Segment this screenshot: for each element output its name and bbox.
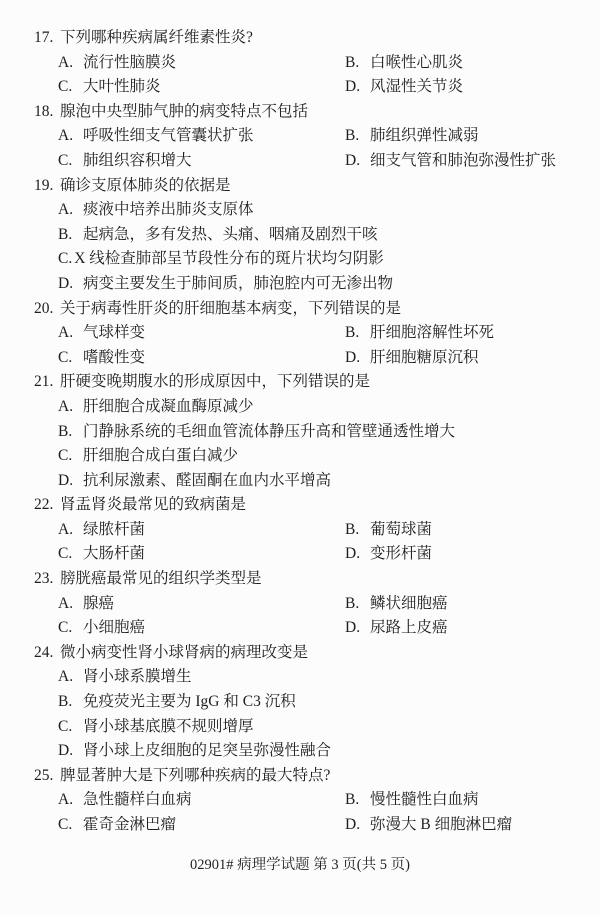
question-text: 肝硬变晚期腹水的形成原因中，下列错误的是 — [60, 373, 370, 390]
option: C.小细胞癌 — [58, 616, 145, 641]
option-label: D. — [345, 813, 370, 838]
option-label: C. — [58, 616, 83, 641]
option-label: D. — [345, 616, 370, 641]
option-text: 起病急，多有发热、头痛、咽痛及剧烈干咳 — [83, 226, 378, 243]
option-row: B.门静脉系统的毛细血管流体静压升高和管壁通透性增大 — [0, 420, 600, 445]
option: C.肺组织容积增大 — [58, 149, 192, 174]
page-footer: 02901# 病理学试题 第 3 页(共 5 页) — [0, 853, 600, 877]
option-text: 痰液中培养出肺炎支原体 — [83, 201, 254, 218]
option-text: 鳞状细胞癌 — [370, 595, 448, 612]
option-row: A.痰液中培养出肺炎支原体 — [0, 198, 600, 223]
option-text: 霍奇金淋巴瘤 — [83, 816, 176, 833]
option-label: A. — [58, 518, 83, 543]
question-number: 22. — [34, 493, 60, 518]
option: B.鳞状细胞癌 — [345, 592, 448, 617]
question-text: 微小病变性肾小球肾病的病理改变是 — [60, 644, 308, 661]
option: D.抗利尿激素、醛固酮在血内水平增高 — [58, 469, 331, 494]
question: 17.下列哪种疾病属纤维素性炎?A.流行性脑膜炎B.白喉性心肌炎C.大叶性肺炎D… — [0, 26, 600, 100]
question-number: 18. — [34, 100, 60, 125]
question-number: 17. — [34, 26, 60, 51]
question-stem-line: 20.关于病毒性肝炎的肝细胞基本病变，下列错误的是 — [0, 297, 600, 322]
option-label: A. — [58, 198, 83, 223]
option: A.气球样变 — [58, 321, 145, 346]
question-number: 25. — [34, 764, 60, 789]
option-text: 变形杆菌 — [370, 545, 432, 562]
option: D.病变主要发生于肺间质，肺泡腔内可无渗出物 — [58, 272, 393, 297]
option-row: A.肾小球系膜增生 — [0, 665, 600, 690]
option-text: 肾小球上皮细胞的足突呈弥漫性融合 — [83, 742, 331, 759]
option-text: 免疫荧光主要为 IgG 和 C3 沉积 — [83, 693, 296, 710]
option: C.肝细胞合成白蛋白减少 — [58, 444, 238, 469]
option-label: C. — [58, 813, 83, 838]
option-label: C. — [58, 444, 83, 469]
question: 18.腺泡中央型肺气肿的病变特点不包括A.呼吸性细支气管囊状扩张B.肺组织弹性减… — [0, 100, 600, 174]
option-text: 抗利尿激素、醛固酮在血内水平增高 — [83, 472, 331, 489]
option-row: A.气球样变B.肝细胞溶解性坏死 — [0, 321, 600, 346]
option-text: 呼吸性细支气管囊状扩张 — [83, 127, 254, 144]
option-row: C.大肠杆菌D.变形杆菌 — [0, 542, 600, 567]
option-label: D. — [58, 739, 83, 764]
question: 24.微小病变性肾小球肾病的病理改变是A.肾小球系膜增生B.免疫荧光主要为 Ig… — [0, 641, 600, 764]
option-text: 肝细胞合成凝血酶原减少 — [83, 398, 254, 415]
question: 23.膀胱癌最常见的组织学类型是A.腺癌B.鳞状细胞癌C.小细胞癌D.尿路上皮癌 — [0, 567, 600, 641]
option-text: 腺癌 — [83, 595, 114, 612]
option-text: 弥漫大 B 细胞淋巴瘤 — [370, 816, 512, 833]
option: C.肾小球基底膜不规则增厚 — [58, 715, 254, 740]
option: A.绿脓杆菌 — [58, 518, 145, 543]
option: A.肾小球系膜增生 — [58, 665, 192, 690]
option-row: A.呼吸性细支气管囊状扩张B.肺组织弹性减弱 — [0, 124, 600, 149]
option: B.门静脉系统的毛细血管流体静压升高和管壁通透性增大 — [58, 420, 455, 445]
question-number: 24. — [34, 641, 60, 666]
question-text: 肾盂肾炎最常见的致病菌是 — [60, 496, 246, 513]
option: D.肝细胞糖原沉积 — [345, 346, 479, 371]
option-row: C.肺组织容积增大D.细支气管和肺泡弥漫性扩张 — [0, 149, 600, 174]
option-label: C. — [58, 247, 72, 272]
question-stem-line: 18.腺泡中央型肺气肿的病变特点不包括 — [0, 100, 600, 125]
question-text: 腺泡中央型肺气肿的病变特点不包括 — [60, 103, 308, 120]
option-row: D.肾小球上皮细胞的足突呈弥漫性融合 — [0, 739, 600, 764]
question-stem-line: 25.脾显著肿大是下列哪种疾病的最大特点? — [0, 764, 600, 789]
option-text: 肺组织弹性减弱 — [370, 127, 479, 144]
option-label: B. — [345, 788, 370, 813]
question-stem-line: 24.微小病变性肾小球肾病的病理改变是 — [0, 641, 600, 666]
question: 22.肾盂肾炎最常见的致病菌是A.绿脓杆菌B.葡萄球菌C.大肠杆菌D.变形杆菌 — [0, 493, 600, 567]
option-row: A.流行性脑膜炎B.白喉性心肌炎 — [0, 51, 600, 76]
option-row: A.急性髓样白血病B.慢性髓性白血病 — [0, 788, 600, 813]
option-label: A. — [58, 788, 83, 813]
option-text: 尿路上皮癌 — [370, 619, 448, 636]
option-row: C.嗜酸性变D.肝细胞糖原沉积 — [0, 346, 600, 371]
question-stem-line: 17.下列哪种疾病属纤维素性炎? — [0, 26, 600, 51]
option-label: B. — [345, 124, 370, 149]
question-text: 膀胱癌最常见的组织学类型是 — [60, 570, 262, 587]
question-number: 21. — [34, 370, 60, 395]
option-row: D.抗利尿激素、醛固酮在血内水平增高 — [0, 469, 600, 494]
option: C.嗜酸性变 — [58, 346, 145, 371]
option: B.葡萄球菌 — [345, 518, 432, 543]
question: 19.确诊支原体肺炎的依据是A.痰液中培养出肺炎支原体B.起病急，多有发热、头痛… — [0, 174, 600, 297]
option: A.肝细胞合成凝血酶原减少 — [58, 395, 254, 420]
option: C.霍奇金淋巴瘤 — [58, 813, 176, 838]
question-text: 脾显著肿大是下列哪种疾病的最大特点? — [60, 767, 330, 784]
option-text: 肾小球系膜增生 — [83, 668, 192, 685]
option-label: A. — [58, 665, 83, 690]
option-text: 病变主要发生于肺间质，肺泡腔内可无渗出物 — [83, 275, 393, 292]
option-text: 小细胞癌 — [83, 619, 145, 636]
option-text: 肝细胞糖原沉积 — [370, 349, 479, 366]
option: C.大叶性肺炎 — [58, 75, 161, 100]
option-label: A. — [58, 592, 83, 617]
question-stem-line: 22.肾盂肾炎最常见的致病菌是 — [0, 493, 600, 518]
option-text: 流行性脑膜炎 — [83, 54, 176, 71]
question-text: 关于病毒性肝炎的肝细胞基本病变，下列错误的是 — [60, 300, 401, 317]
option-text: 肝细胞合成白蛋白减少 — [83, 447, 238, 464]
option-label: B. — [58, 223, 83, 248]
option-text: 气球样变 — [83, 324, 145, 341]
option: B.肝细胞溶解性坏死 — [345, 321, 494, 346]
option: B.肺组织弹性减弱 — [345, 124, 479, 149]
option: B.免疫荧光主要为 IgG 和 C3 沉积 — [58, 690, 296, 715]
option-row: B.免疫荧光主要为 IgG 和 C3 沉积 — [0, 690, 600, 715]
option-text: 肺组织容积增大 — [83, 152, 192, 169]
option-row: C.小细胞癌D.尿路上皮癌 — [0, 616, 600, 641]
option: A.流行性脑膜炎 — [58, 51, 176, 76]
option-text: 葡萄球菌 — [370, 521, 432, 538]
option-label: C. — [58, 75, 83, 100]
option-text: 大叶性肺炎 — [83, 78, 161, 95]
option-row: C.X 线检查肺部呈节段性分布的斑片状均匀阴影 — [0, 247, 600, 272]
option: D.肾小球上皮细胞的足突呈弥漫性融合 — [58, 739, 331, 764]
option-row: A.绿脓杆菌B.葡萄球菌 — [0, 518, 600, 543]
question-number: 23. — [34, 567, 60, 592]
question-number: 20. — [34, 297, 60, 322]
option-text: 白喉性心肌炎 — [370, 54, 463, 71]
option-text: 风湿性关节炎 — [370, 78, 463, 95]
question-text: 确诊支原体肺炎的依据是 — [60, 177, 231, 194]
option-row: C.肝细胞合成白蛋白减少 — [0, 444, 600, 469]
option-text: 嗜酸性变 — [83, 349, 145, 366]
question-list: 17.下列哪种疾病属纤维素性炎?A.流行性脑膜炎B.白喉性心肌炎C.大叶性肺炎D… — [0, 26, 600, 838]
option-label: B. — [345, 321, 370, 346]
option: D.风湿性关节炎 — [345, 75, 463, 100]
option-label: C. — [58, 149, 83, 174]
option-label: B. — [345, 592, 370, 617]
option-text: 门静脉系统的毛细血管流体静压升高和管壁通透性增大 — [83, 423, 455, 440]
option: B.起病急，多有发热、头痛、咽痛及剧烈干咳 — [58, 223, 378, 248]
option: D.细支气管和肺泡弥漫性扩张 — [345, 149, 556, 174]
option-label: D. — [345, 542, 370, 567]
option-label: B. — [58, 690, 83, 715]
option-text: 肾小球基底膜不规则增厚 — [83, 718, 254, 735]
exam-page: 17.下列哪种疾病属纤维素性炎?A.流行性脑膜炎B.白喉性心肌炎C.大叶性肺炎D… — [0, 0, 600, 916]
option-label: A. — [58, 124, 83, 149]
option-text: 肝细胞溶解性坏死 — [370, 324, 494, 341]
option-label: A. — [58, 51, 83, 76]
option: C.X 线检查肺部呈节段性分布的斑片状均匀阴影 — [58, 247, 384, 272]
option: A.痰液中培养出肺炎支原体 — [58, 198, 254, 223]
option-row: B.起病急，多有发热、头痛、咽痛及剧烈干咳 — [0, 223, 600, 248]
option-label: B. — [345, 51, 370, 76]
option-text: 急性髓样白血病 — [83, 791, 192, 808]
option-row: D.病变主要发生于肺间质，肺泡腔内可无渗出物 — [0, 272, 600, 297]
option-row: C.大叶性肺炎D.风湿性关节炎 — [0, 75, 600, 100]
question: 25.脾显著肿大是下列哪种疾病的最大特点?A.急性髓样白血病B.慢性髓性白血病C… — [0, 764, 600, 838]
option: A.腺癌 — [58, 592, 114, 617]
question: 20.关于病毒性肝炎的肝细胞基本病变，下列错误的是A.气球样变B.肝细胞溶解性坏… — [0, 297, 600, 371]
option: A.呼吸性细支气管囊状扩张 — [58, 124, 254, 149]
option-label: C. — [58, 715, 83, 740]
option-label: B. — [58, 420, 83, 445]
question-number: 19. — [34, 174, 60, 199]
option-text: 慢性髓性白血病 — [370, 791, 479, 808]
question: 21.肝硬变晚期腹水的形成原因中，下列错误的是A.肝细胞合成凝血酶原减少B.门静… — [0, 370, 600, 493]
option-label: C. — [58, 346, 83, 371]
option-row: A.肝细胞合成凝血酶原减少 — [0, 395, 600, 420]
option-label: D. — [345, 149, 370, 174]
option-label: B. — [345, 518, 370, 543]
option: D.弥漫大 B 细胞淋巴瘤 — [345, 813, 512, 838]
option: C.大肠杆菌 — [58, 542, 145, 567]
option-text: 大肠杆菌 — [83, 545, 145, 562]
option-label: D. — [58, 272, 83, 297]
option: D.变形杆菌 — [345, 542, 432, 567]
option-row: A.腺癌B.鳞状细胞癌 — [0, 592, 600, 617]
option-label: C. — [58, 542, 83, 567]
option-row: C.霍奇金淋巴瘤D.弥漫大 B 细胞淋巴瘤 — [0, 813, 600, 838]
option-label: D. — [345, 346, 370, 371]
question-stem-line: 19.确诊支原体肺炎的依据是 — [0, 174, 600, 199]
option-text: X 线检查肺部呈节段性分布的斑片状均匀阴影 — [74, 250, 384, 267]
option: B.慢性髓性白血病 — [345, 788, 479, 813]
option-label: D. — [58, 469, 83, 494]
question-text: 下列哪种疾病属纤维素性炎? — [60, 29, 253, 46]
option-label: A. — [58, 395, 83, 420]
option-row: C.肾小球基底膜不规则增厚 — [0, 715, 600, 740]
question-stem-line: 23.膀胱癌最常见的组织学类型是 — [0, 567, 600, 592]
question-stem-line: 21.肝硬变晚期腹水的形成原因中，下列错误的是 — [0, 370, 600, 395]
option: B.白喉性心肌炎 — [345, 51, 463, 76]
option: D.尿路上皮癌 — [345, 616, 448, 641]
option-label: A. — [58, 321, 83, 346]
option-text: 绿脓杆菌 — [83, 521, 145, 538]
option-text: 细支气管和肺泡弥漫性扩张 — [370, 152, 556, 169]
option-label: D. — [345, 75, 370, 100]
option: A.急性髓样白血病 — [58, 788, 192, 813]
